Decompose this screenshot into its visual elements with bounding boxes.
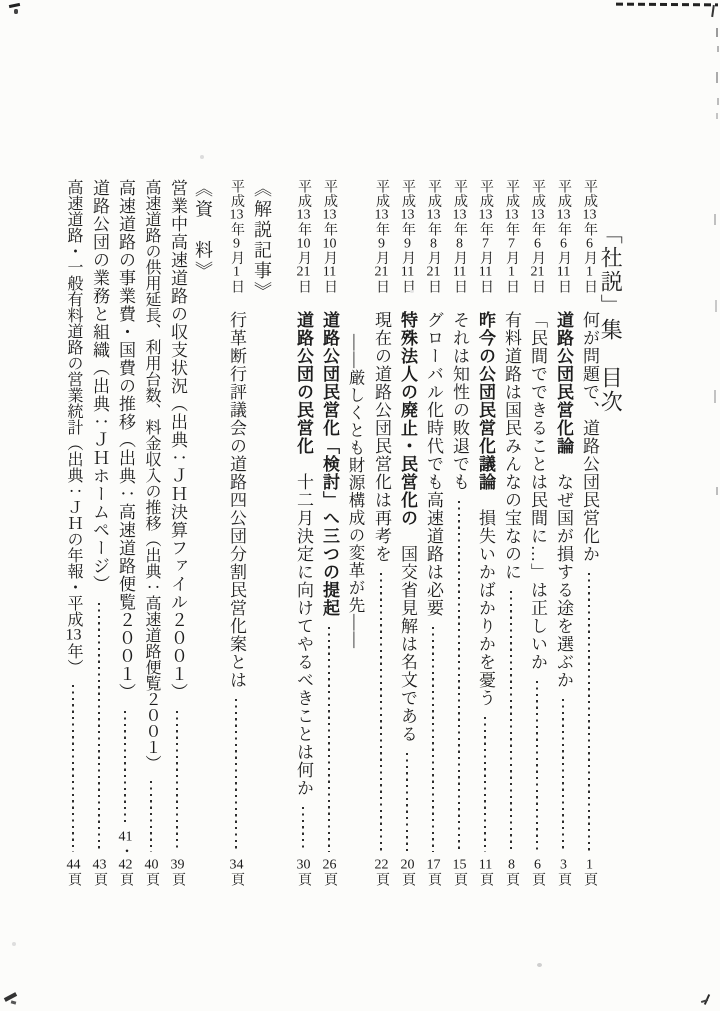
text-segment: 行革断行評議会の道路四公団分割民営化案とは [227, 311, 246, 689]
number-segment: 9 [374, 237, 389, 251]
number-segment: 40 [144, 858, 159, 872]
text-segment: 高速道路の事業費・国費の推移（出典：高速道路便覧２００１） [116, 179, 135, 701]
text-segment: 頁 [426, 872, 441, 886]
dotted-leader [124, 711, 126, 824]
number-segment: 6 [530, 237, 545, 251]
dotted-leader [510, 591, 512, 852]
text-segment: 平成 [400, 179, 415, 208]
number-segment: 7 [478, 237, 493, 251]
scan-artifact-edge-tick [715, 300, 717, 312]
scan-artifact-top-right-hook [711, 5, 715, 17]
text-segment: 日 [556, 279, 571, 294]
number-segment: 10 [322, 237, 337, 251]
page-number: 40頁 [138, 858, 164, 886]
dotted-leader [176, 711, 178, 852]
text-segment: 月 [504, 251, 519, 266]
number-segment: 13 [400, 208, 415, 222]
number-segment: 13 [556, 208, 571, 222]
toc-entry-eigyo-tokei: 高速道路・一般有料道路の営業統計（出典：ＪＨの年報・平成13年）44頁 [60, 179, 86, 886]
entry-date: 平成13年7月1日 [498, 179, 524, 311]
number-segment: 1 [504, 265, 519, 279]
text-segment: 十二月決定に向けてやるべきことは何か [294, 455, 313, 797]
text-segment: 平成 [582, 179, 597, 208]
text-segment: 平成 [426, 179, 441, 208]
scan-artifact-top-left-mark [9, 3, 20, 8]
text-segment: 年 [296, 222, 311, 237]
number-segment: 21 [296, 265, 311, 279]
section-header-kaisetsu: 《解説記事》 [249, 179, 275, 886]
scan-artifact-edge-tick [714, 214, 716, 225]
entry-date: 平成13年6月21日 [524, 179, 550, 311]
entry-title: 高速道路の事業費・国費の推移（出典：高速道路便覧２００１） [112, 179, 138, 701]
toc-entry-h13-06-21: 平成13年6月21日「民間でできることは民間に…」は正しいか6頁 [524, 179, 550, 886]
text-segment: 日 [426, 279, 441, 294]
toc-entry-h13-08-21: 平成13年8月21日グローバル化時代でも高速道路は必要17頁 [420, 179, 446, 886]
entry-title: 道路公団民営化「検討」へ三つの提起 [316, 311, 342, 617]
text-segment: 年 [400, 222, 415, 237]
text-segment: 頁 [530, 872, 545, 886]
text-segment: 平成 [452, 179, 467, 208]
text-segment: 日 [582, 279, 597, 294]
toc-entry-shushi-jokyo: 営業中高速道路の収支状況（出典：ＪＨ決算ファイル２００１）39頁 [164, 179, 190, 886]
section-header-shiryo: 《資 料》 [190, 179, 216, 886]
text-segment: グローバル化時代でも高速道路は必要 [424, 311, 443, 617]
text-segment: 「民間でできることは民間に…」は正しいか [528, 311, 547, 671]
entry-title: 現在の道路公団民営化は再考を [368, 311, 394, 563]
text-segment: 高速道路・一般有料道路の営業統計（出典：ＪＨの年報・平成 [65, 179, 82, 627]
text-segment: 月 [400, 251, 415, 266]
text-segment: なぜ国が損する途を選ぶか [554, 455, 573, 689]
entry-date: 平成13年9月21日 [368, 179, 394, 311]
number-segment: 8 [426, 237, 441, 251]
number-segment: 9 [400, 237, 415, 251]
text-segment: 月 [582, 251, 597, 266]
dotted-leader [380, 573, 382, 852]
entry-title: 何が問題で、道路公団民営化か [576, 311, 602, 563]
entry-date: 平成13年6月11日 [550, 179, 576, 311]
number-segment: 13 [229, 208, 244, 222]
text-segment: 年 [452, 222, 467, 237]
page-number: 39頁 [164, 858, 190, 886]
entry-date: 平成13年10月11日 [316, 179, 342, 311]
number-segment: 6 [556, 237, 571, 251]
scan-artifact-speck [410, 290, 414, 293]
text-segment: 月 [426, 251, 441, 266]
text-segment: 平成 [374, 179, 389, 208]
text-segment: 頁 [296, 872, 311, 886]
entry-title: 道路公団の業務と組織（出典：ＪＨホームページ） [86, 179, 112, 593]
scan-artifact-top-right-line [616, 3, 718, 7]
text-segment: 道路公団民営化「検討」へ三つの提起 [320, 311, 339, 617]
text-segment: 日 [374, 279, 389, 294]
text-segment: 平成 [504, 179, 519, 208]
number-segment: 21 [530, 265, 545, 279]
scan-artifact-edge-tick [716, 487, 718, 495]
entry-title: 営業中高速道路の収支状況（出典：ＪＨ決算ファイル２００１） [164, 179, 190, 701]
text-segment: 現在の道路公団民営化は再考を [372, 311, 391, 563]
text-segment: 月 [530, 251, 545, 266]
text-segment: それは知性の敗退でも [450, 311, 469, 491]
entry-date: 平成13年9月11日 [394, 179, 420, 311]
number-segment: 20 [400, 858, 415, 872]
text-segment: 頁 [144, 872, 159, 886]
toc-entry-h13-07-01: 平成13年7月1日有料道路は国民みんなの宝なのに8頁 [498, 179, 524, 886]
entry-title: 高速道路・一般有料道路の営業統計（出典：ＪＨの年報・平成13年） [60, 179, 86, 675]
scan-artifact-edge-tick [714, 390, 716, 403]
page-number: 34頁 [223, 858, 249, 886]
toc-columns: 平成13年6月1日何が問題で、道路公団民営化か1頁平成13年6月11日道路公団民… [60, 179, 602, 886]
page-number: 17頁 [420, 858, 446, 886]
page-number: 30頁 [290, 858, 316, 886]
text-segment: 日 [296, 279, 311, 294]
toc-entry-h13-06-11: 平成13年6月11日道路公団民営化論 なぜ国が損する途を選ぶか3頁 [550, 179, 576, 886]
scan-artifact-edge-tick [716, 113, 718, 119]
toc-entry-h13-09-21: 平成13年9月21日現在の道路公団民営化は再考を22頁 [368, 179, 394, 886]
text-segment: 頁 [582, 872, 597, 886]
text-segment: 日 [229, 279, 244, 294]
scan-artifact-edge-tick [716, 72, 718, 83]
number-segment: 6 [582, 237, 597, 251]
number-segment: 11 [478, 265, 493, 279]
entry-subtitle: ――厳しくとも財源構成の変革が先―― [346, 334, 365, 649]
dotted-leader [150, 781, 152, 852]
toc-entry-jigyohi-kokuhi: 高速道路の事業費・国費の推移（出典：高速道路便覧２００１）41・42頁 [112, 179, 138, 886]
number-segment: 41 [118, 830, 133, 844]
number-segment: 13 [322, 208, 337, 222]
text-segment: 頁 [92, 872, 107, 886]
page-number: 22頁 [368, 858, 394, 886]
entry-date: 平成13年10月21日 [290, 179, 316, 311]
entry-title: それは知性の敗退でも [446, 311, 472, 491]
number-segment: 11 [400, 265, 415, 279]
page-number: 44頁 [60, 858, 86, 886]
text-segment: 平成 [296, 179, 311, 208]
entry-title: 有料道路は国民みんなの宝なのに [498, 311, 524, 581]
text-segment: 有料道路は国民みんなの宝なのに [502, 311, 521, 581]
number-segment: 21 [426, 265, 441, 279]
text-segment: 頁 [556, 872, 571, 886]
number-segment: 13 [296, 208, 311, 222]
text-segment: 頁 [322, 872, 337, 886]
number-segment: 21 [374, 265, 389, 279]
toc-entry-h13-09-11: 平成13年9月11日特殊法人の廃止・民営化の 国交省見解は名文である20頁 [394, 179, 420, 886]
page-number: 41・42頁 [112, 830, 138, 886]
entry-title: グローバル化時代でも高速道路は必要 [420, 311, 446, 617]
entry-title: 行革断行評議会の道路四公団分割民営化案とは [223, 311, 249, 689]
text-segment: 年） [65, 643, 82, 675]
dotted-leader [406, 753, 408, 852]
text-segment: 月 [452, 251, 467, 266]
dotted-leader [588, 573, 590, 852]
entry-date: 平成13年6月1日 [576, 179, 602, 311]
entry-date: 平成13年7月11日 [472, 179, 498, 311]
page-number: 26頁 [316, 858, 342, 886]
number-segment: 3 [556, 858, 571, 872]
scan-artifact-bottom-left-mark2 [11, 1000, 17, 1004]
number-segment: 13 [426, 208, 441, 222]
toc-entry-h13-07-11: 平成13年7月11日昨今の公団民営化議論 損失いかばかりかを憂う11頁 [472, 179, 498, 886]
number-segment: 22 [374, 858, 389, 872]
number-segment: 44 [66, 858, 81, 872]
number-segment: 8 [504, 858, 519, 872]
text-segment: 頁 [229, 872, 244, 886]
dotted-leader [458, 501, 460, 852]
text-segment: 頁 [170, 872, 185, 886]
text-segment: 平成 [322, 179, 337, 208]
text-segment: 年 [530, 222, 545, 237]
number-segment: 11 [452, 265, 467, 279]
number-segment: 1 [229, 265, 244, 279]
toc-entry-h13-08-11: 平成13年8月11日それは知性の敗退でも15頁 [446, 179, 472, 886]
text-segment: 月 [374, 251, 389, 266]
number-segment: 17 [426, 858, 441, 872]
text-segment: 年 [556, 222, 571, 237]
page-number: 8頁 [498, 858, 524, 886]
dotted-leader [302, 807, 304, 852]
text-segment: 年 [426, 222, 441, 237]
text-segment: 道路公団の民営化 [294, 311, 313, 455]
dotted-leader [235, 699, 237, 852]
page-number: 11頁 [472, 858, 498, 886]
text-segment: 年 [229, 222, 244, 237]
text-segment: 頁 [478, 872, 493, 886]
text-segment: 年 [478, 222, 493, 237]
section-header-label: 《資 料》 [193, 179, 213, 282]
number-segment: 13 [452, 208, 467, 222]
scanned-toc-page: { "page": { "title": "「社説」集 目次", "backgr… [0, 0, 720, 1011]
text-segment: 頁 [118, 872, 133, 886]
scan-artifact-edge-tick [716, 28, 718, 37]
page-number: 6頁 [524, 858, 550, 886]
text-segment: 頁 [374, 872, 389, 886]
number-segment: 13 [374, 208, 389, 222]
number-segment: 39 [170, 858, 185, 872]
number-segment: 13 [478, 208, 493, 222]
number-segment: 11 [478, 858, 493, 872]
toc-entry-h13-10-11: 平成13年10月11日道路公団民営化「検討」へ三つの提起26頁 [316, 179, 342, 886]
entry-date: 平成13年8月21日 [420, 179, 446, 311]
text-segment: 平成 [556, 179, 571, 208]
number-segment: 6 [530, 858, 545, 872]
text-segment: 年 [374, 222, 389, 237]
entry-title: 高速道路の供用延長、利用台数、料金収入の推移（出典：高速道路便覧２００１） [138, 179, 164, 771]
text-segment: 道路公団の業務と組織（出典：ＪＨホームページ） [90, 179, 109, 593]
number-segment: 1 [582, 265, 597, 279]
text-segment: 国交省見解は名文である [398, 527, 417, 743]
toc-entry-subtitle: ――厳しくとも財源構成の変革が先―― [342, 179, 368, 886]
number-segment: 11 [556, 265, 571, 279]
text-segment: ・ [118, 844, 133, 858]
scan-artifact-top-left-dot [14, 9, 18, 14]
text-segment: 損失いかばかりかを憂う [476, 491, 495, 707]
text-segment: 頁 [400, 872, 415, 886]
text-segment: 平成 [478, 179, 493, 208]
text-segment: 月 [229, 251, 244, 266]
entry-title: 道路公団の民営化 十二月決定に向けてやるべきことは何か [290, 311, 316, 797]
entry-date: 平成13年9月1日 [223, 179, 249, 311]
toc-entry-gyomu-soshiki: 道路公団の業務と組織（出典：ＪＨホームページ）43頁 [86, 179, 112, 886]
text-segment: 月 [322, 251, 337, 266]
text-segment: 月 [296, 251, 311, 266]
dotted-leader [432, 627, 434, 852]
dotted-leader [562, 699, 564, 852]
entry-title: 昨今の公団民営化議論 損失いかばかりかを憂う [472, 311, 498, 707]
number-segment: 15 [452, 858, 467, 872]
page-number: 1頁 [576, 858, 602, 886]
text-segment: 年 [322, 222, 337, 237]
number-segment: 13 [504, 208, 519, 222]
text-segment: 月 [556, 251, 571, 266]
entry-date: 平成13年8月11日 [446, 179, 472, 311]
number-segment: 11 [322, 265, 337, 279]
scan-artifact-speck [12, 942, 16, 946]
text-segment: 年 [504, 222, 519, 237]
number-segment: 26 [322, 858, 337, 872]
number-segment: 13 [65, 627, 82, 643]
scan-artifact-edge-tick [717, 98, 719, 105]
text-segment: 営業中高速道路の収支状況（出典：ＪＨ決算ファイル２００１） [168, 179, 187, 701]
text-segment: 特殊法人の廃止・民営化の [398, 311, 417, 527]
number-segment: 13 [582, 208, 597, 222]
text-segment: 頁 [66, 872, 81, 886]
text-segment: 高速道路の供用延長、利用台数、料金収入の推移（出典：高速道路便覧２００１） [143, 179, 160, 771]
page-number: 20頁 [394, 858, 420, 886]
dotted-leader [98, 603, 100, 852]
text-segment: 何が問題で、道路公団民営化か [580, 311, 599, 563]
entry-title: 特殊法人の廃止・民営化の 国交省見解は名文である [394, 311, 420, 743]
number-segment: 43 [92, 858, 107, 872]
scan-artifact-speck [200, 155, 204, 159]
number-segment: 1 [582, 858, 597, 872]
toc-entry-h13-10-21: 平成13年10月21日道路公団の民営化 十二月決定に向けてやるべきことは何か30… [290, 179, 316, 886]
text-segment: 頁 [452, 872, 467, 886]
section-header-label: 《解説記事》 [252, 179, 272, 302]
entry-title: 「民間でできることは民間に…」は正しいか [524, 311, 550, 671]
entry-title: 道路公団民営化論 なぜ国が損する途を選ぶか [550, 311, 576, 689]
text-segment: 平成 [530, 179, 545, 208]
text-segment: 月 [478, 251, 493, 266]
text-segment: 日 [478, 279, 493, 294]
page-number: 3頁 [550, 858, 576, 886]
dotted-leader [536, 681, 538, 852]
text-segment: 道路公団民営化論 [554, 311, 573, 455]
number-segment: 10 [296, 237, 311, 251]
text-segment: 日 [322, 279, 337, 294]
toc-entry-h13-09-01: 平成13年9月1日行革断行評議会の道路四公団分割民営化案とは34頁 [223, 179, 249, 886]
number-segment: 9 [229, 237, 244, 251]
dotted-leader [328, 627, 330, 852]
text-segment: 頁 [504, 872, 519, 886]
text-segment: 昨今の公団民営化議論 [476, 311, 495, 491]
dotted-leader [484, 717, 486, 852]
number-segment: 30 [296, 858, 311, 872]
scan-artifact-speck [537, 963, 542, 967]
scan-artifact-edge-tick [717, 46, 719, 52]
number-segment: 8 [452, 237, 467, 251]
text-segment: 日 [452, 279, 467, 294]
toc-entry-kyoyo-encho: 高速道路の供用延長、利用台数、料金収入の推移（出典：高速道路便覧２００１）40頁 [138, 179, 164, 886]
number-segment: 7 [504, 237, 519, 251]
text-segment: 日 [530, 279, 545, 294]
page-number: 43頁 [86, 858, 112, 886]
toc-entry-h13-06-01: 平成13年6月1日何が問題で、道路公団民営化か1頁 [576, 179, 602, 886]
dotted-leader [72, 685, 74, 852]
number-segment: 42 [118, 858, 133, 872]
text-segment: 年 [582, 222, 597, 237]
number-segment: 13 [530, 208, 545, 222]
text-segment: 平成 [229, 179, 244, 208]
text-segment: 日 [504, 279, 519, 294]
page-number: 15頁 [446, 858, 472, 886]
number-segment: 34 [229, 858, 244, 872]
